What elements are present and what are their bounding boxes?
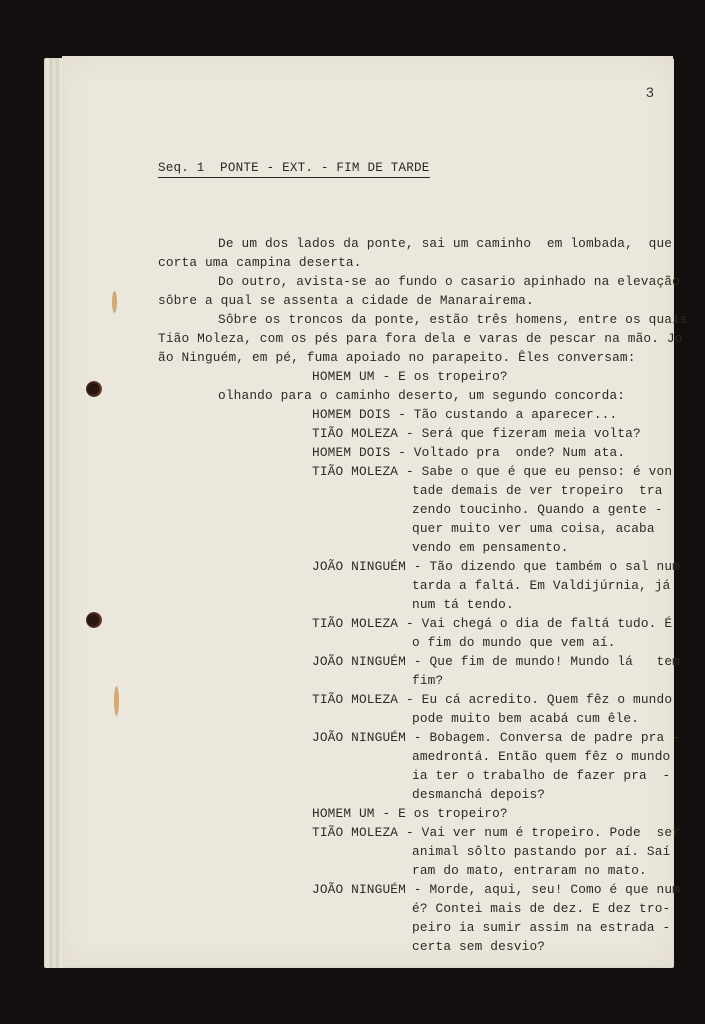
script-line: HOMEM DOIS - Tão custando a aparecer... <box>312 407 617 423</box>
script-line: TIÃO MOLEZA - Será que fizeram meia volt… <box>312 426 641 442</box>
script-line: é? Contei mais de dez. E dez tro- <box>412 901 670 917</box>
script-line: tarda a faltá. Em Valdijúrnia, já <box>412 578 670 594</box>
script-line: Do outro, avista-se ao fundo o casario a… <box>218 274 680 290</box>
binder-hole-bottom <box>86 612 102 628</box>
script-line: TIÃO MOLEZA - Sabe o que é que eu penso:… <box>312 464 672 480</box>
script-line: JOÃO NINGUÉM - Tão dizendo que também o … <box>312 559 680 575</box>
script-line: Sôbre os troncos da ponte, estão três ho… <box>218 312 688 328</box>
script-line: HOMEM UM - E os tropeiro? <box>312 806 508 822</box>
script-line: amedrontá. Então quem fêz o mundo <box>412 749 670 765</box>
script-line: HOMEM UM - E os tropeiro? <box>312 369 508 385</box>
script-line: vendo em pensamento. <box>412 540 569 556</box>
script-line: desmanchá depois? <box>412 787 545 803</box>
script-line: quer muito ver uma coisa, acaba <box>412 521 655 537</box>
script-line: fim? <box>412 673 443 689</box>
script-line: zendo toucinho. Quando a gente - <box>412 502 663 518</box>
page-number: 3 <box>646 84 654 100</box>
script-line: ram do mato, entraram no mato. <box>412 863 647 879</box>
sequence-heading: Seq. 1 PONTE - EXT. - FIM DE TARDE <box>158 161 430 178</box>
script-line: o fim do mundo que vem aí. <box>412 635 616 651</box>
script-line: TIÃO MOLEZA - Eu cá acredito. Quem fêz o… <box>312 692 672 708</box>
script-line: corta uma campina deserta. <box>158 255 362 271</box>
script-line: olhando para o caminho deserto, um segun… <box>218 388 625 404</box>
script-line: certa sem desvio? <box>412 939 545 955</box>
binder-hole-top <box>86 381 102 397</box>
script-line: HOMEM DOIS - Voltado pra onde? Num ata. <box>312 445 625 461</box>
script-line: Tião Moleza, com os pés para fora dela e… <box>158 331 683 347</box>
rust-stain <box>114 686 119 716</box>
script-line: peiro ia sumir assim na estrada - <box>412 920 670 936</box>
script-line: De um dos lados da ponte, sai um caminho… <box>218 236 672 252</box>
script-line: pode muito bem acabá cum êle. <box>412 711 639 727</box>
script-line: TIÃO MOLEZA - Vai chegá o dia de faltá t… <box>312 616 672 632</box>
rust-stain <box>112 291 117 313</box>
script-line: num tá tendo. <box>412 597 514 613</box>
script-line: ão Ninguém, em pé, fuma apoiado no parap… <box>158 350 636 366</box>
script-line: ia ter o trabalho de fazer pra - <box>412 768 670 784</box>
script-line: sôbre a qual se assenta a cidade de Mana… <box>158 293 534 309</box>
script-line: JOÃO NINGUÉM - Morde, aqui, seu! Como é … <box>312 882 680 898</box>
script-line: JOÃO NINGUÉM - Que fim de mundo! Mundo l… <box>312 654 680 670</box>
script-line: JOÃO NINGUÉM - Bobagem. Conversa de padr… <box>312 730 680 746</box>
script-line: animal sôlto pastando por aí. Saí <box>412 844 670 860</box>
script-line: TIÃO MOLEZA - Vai ver num é tropeiro. Po… <box>312 825 680 841</box>
script-line: tade demais de ver tropeiro tra <box>412 483 663 499</box>
